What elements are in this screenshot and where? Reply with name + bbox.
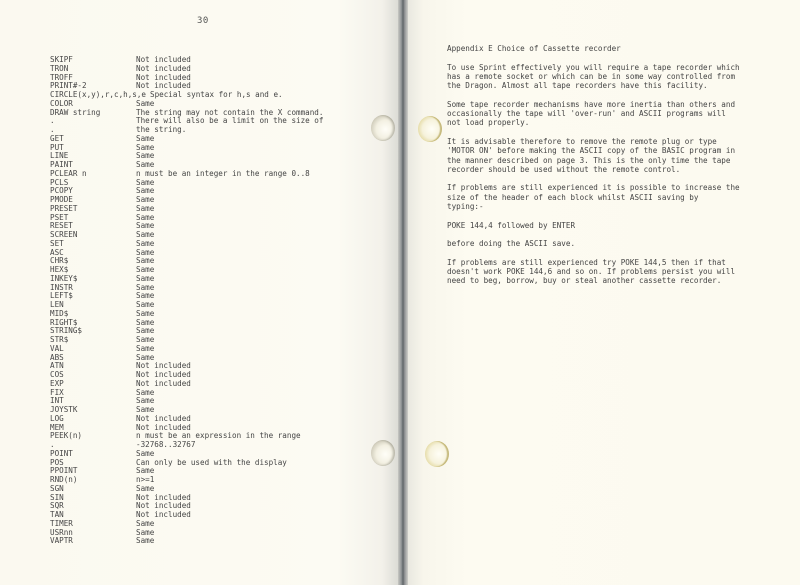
- table-row: SCREENSame: [50, 231, 323, 240]
- table-row: POSCan only be used with the display: [50, 459, 323, 468]
- table-row: LEFT$Same: [50, 292, 323, 301]
- table-row: GETSame: [50, 135, 323, 144]
- table-row: PPOINTSame: [50, 467, 323, 476]
- appendix-e-section: Appendix E Choice of Cassette recorder T…: [447, 44, 787, 295]
- table-row: .the string.: [50, 126, 323, 135]
- command-compatibility-table: SKIPFNot includedTRONNot includedTROFFNo…: [50, 56, 323, 546]
- table-row: RIGHT$Same: [50, 319, 323, 328]
- table-row: EXPNot included: [50, 380, 323, 389]
- table-row: PMODESame: [50, 196, 323, 205]
- command-description: Same: [136, 537, 154, 546]
- binding-hole-icon: [418, 116, 442, 142]
- binding-hole-icon: [371, 115, 395, 141]
- table-row: HEX$Same: [50, 266, 323, 275]
- paragraph: before doing the ASCII save.: [447, 239, 787, 248]
- table-row: MID$Same: [50, 310, 323, 319]
- command-name: PEEK(n): [50, 432, 136, 441]
- table-row: CIRCLE(x,y),r,c,h,s,eSpecial syntax for …: [50, 91, 323, 100]
- table-row: FIXSame: [50, 389, 323, 398]
- table-row: STR$Same: [50, 336, 323, 345]
- table-row: .There will also be a limit on the size …: [50, 117, 323, 126]
- table-row: CHR$Same: [50, 257, 323, 266]
- table-row: LINESame: [50, 152, 323, 161]
- left-page: 30 SKIPFNot includedTRONNot includedTROF…: [0, 0, 398, 585]
- table-row: INTSame: [50, 397, 323, 406]
- binding-hole-icon: [371, 440, 395, 466]
- paragraph: If problems are still experienced try PO…: [447, 258, 787, 286]
- table-row: TANNot included: [50, 511, 323, 520]
- table-row: PCLSSame: [50, 179, 323, 188]
- paragraph: To use Sprint effectively you will requi…: [447, 63, 787, 91]
- table-row: VALSame: [50, 345, 323, 354]
- appendix-heading: Appendix E Choice of Cassette recorder: [447, 44, 787, 53]
- command-description: n must be an integer in the range 0..8: [136, 170, 310, 179]
- table-row: PCLEAR nn must be an integer in the rang…: [50, 170, 323, 179]
- page-number-left: 30: [197, 16, 209, 26]
- table-row: SETSame: [50, 240, 323, 249]
- table-row: INKEY$Same: [50, 275, 323, 284]
- table-row: ASCSame: [50, 249, 323, 258]
- table-row: LENSame: [50, 301, 323, 310]
- table-row: RESETSame: [50, 222, 323, 231]
- command-name: VAPTR: [50, 537, 136, 546]
- table-row: PRESETSame: [50, 205, 323, 214]
- binding-hole-icon: [425, 441, 449, 467]
- paragraph: If problems are still experienced it is …: [447, 183, 787, 211]
- paragraph: It is advisable therefore to remove the …: [447, 137, 787, 174]
- paragraph: Some tape recorder mechanisms have more …: [447, 100, 787, 128]
- table-row: VAPTRSame: [50, 537, 323, 546]
- command-description: Can only be used with the display: [136, 459, 287, 468]
- table-row: STRING$Same: [50, 327, 323, 336]
- table-row: RND(n)n>=1: [50, 476, 323, 485]
- table-row: PUTSame: [50, 144, 323, 153]
- table-row: .-32768..32767: [50, 441, 323, 450]
- table-row: PCOPYSame: [50, 187, 323, 196]
- table-row: TIMERSame: [50, 520, 323, 529]
- poke-command-line: POKE 144,4 followed by ENTER: [447, 221, 787, 230]
- book-spine-gutter: [398, 0, 408, 585]
- table-row: PSETSame: [50, 214, 323, 223]
- command-name: DRAW string: [50, 109, 136, 118]
- table-row: USRnnSame: [50, 529, 323, 538]
- table-row: INSTRSame: [50, 284, 323, 293]
- command-name: .: [50, 117, 136, 126]
- command-description: Special syntax for h,s and e.: [150, 91, 283, 100]
